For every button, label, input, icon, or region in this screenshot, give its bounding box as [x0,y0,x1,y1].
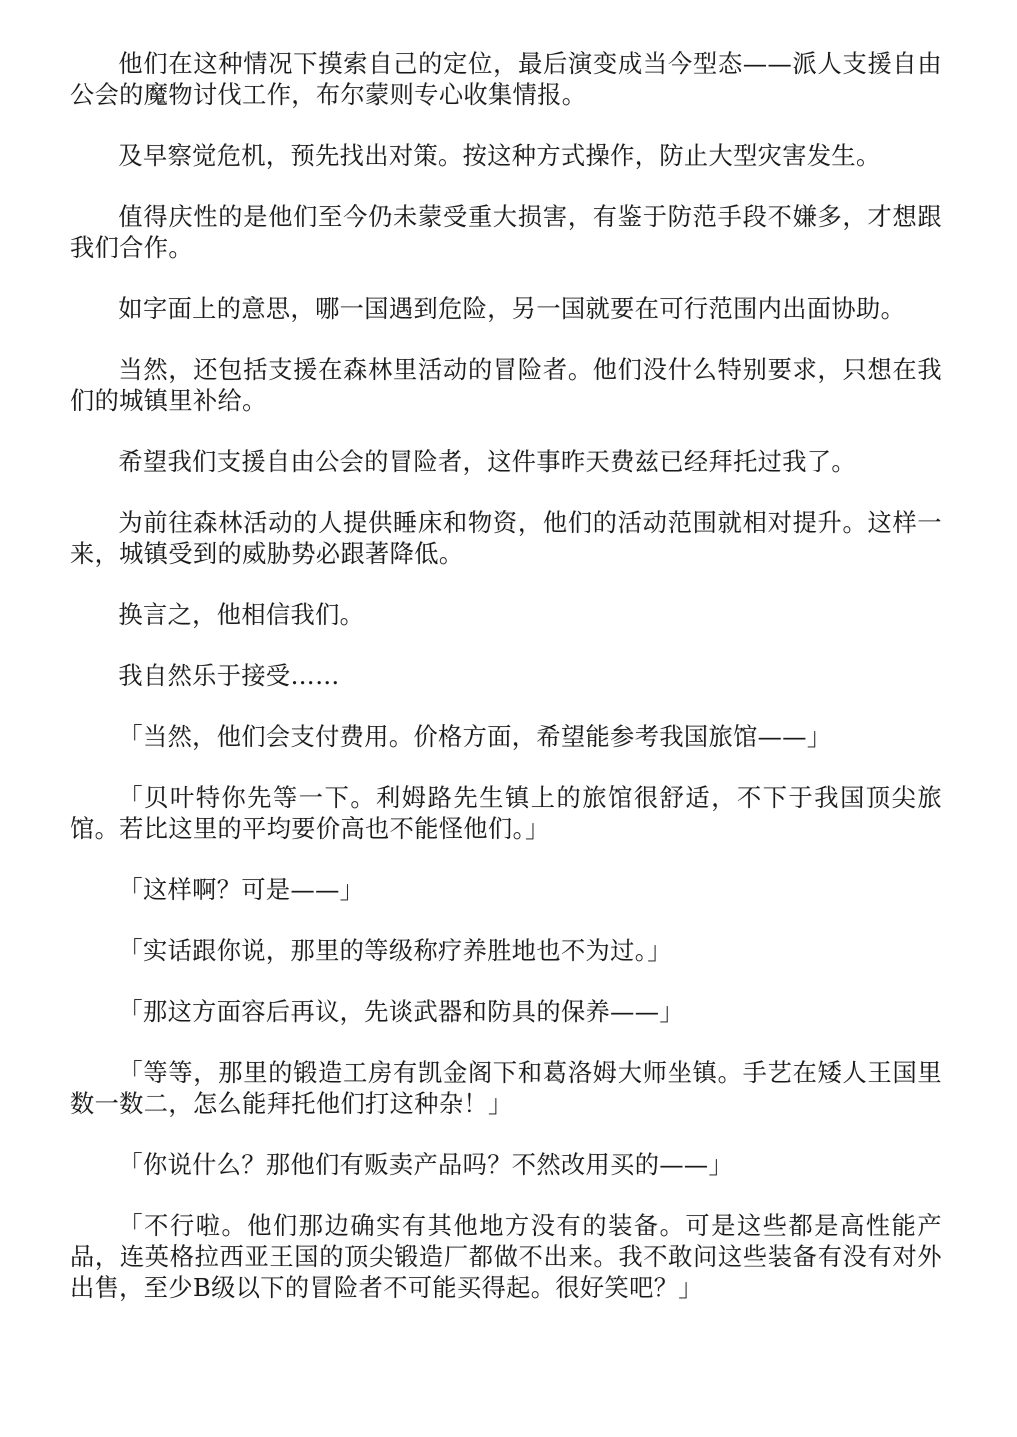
dialogue-paragraph: 「等等，那里的锻造工房有凯金阁下和葛洛姆大师坐镇。手艺在矮人王国里数一数二，怎么… [70,1058,942,1120]
paragraph: 希望我们支援自由公会的冒险者，这件事昨天费兹已经拜托过我了。 [70,447,942,478]
paragraph: 换言之，他相信我们。 [70,600,942,631]
dialogue-paragraph: 「贝叶特你先等一下。利姆路先生镇上的旅馆很舒适，不下于我国顶尖旅馆。若比这里的平… [70,783,942,845]
dialogue-paragraph: 「不行啦。他们那边确实有其他地方没有的装备。可是这些都是高性能产品，连英格拉西亚… [70,1211,942,1304]
paragraph: 如字面上的意思，哪一国遇到危险，另一国就要在可行范围内出面协助。 [70,294,942,325]
paragraph: 当然，还包括支援在森林里活动的冒险者。他们没什么特别要求，只想在我们的城镇里补给… [70,355,942,417]
dialogue-paragraph: 「当然，他们会支付费用。价格方面，希望能参考我国旅馆——」 [70,722,942,753]
paragraph: 值得庆性的是他们至今仍未蒙受重大损害，有鉴于防范手段不嫌多，才想跟我们合作。 [70,202,942,264]
paragraph: 为前往森林活动的人提供睡床和物资，他们的活动范围就相对提升。这样一来，城镇受到的… [70,508,942,570]
paragraph: 他们在这种情况下摸索自己的定位，最后演变成当今型态——派人支援自由公会的魔物讨伐… [70,49,942,111]
dialogue-paragraph: 「这样啊？可是——」 [70,875,942,906]
dialogue-paragraph: 「那这方面容后再议，先谈武器和防具的保养——」 [70,997,942,1028]
dialogue-paragraph: 「你说什么？那他们有贩卖产品吗？不然改用买的——」 [70,1150,942,1181]
dialogue-paragraph: 「实话跟你说，那里的等级称疗养胜地也不为过。」 [70,936,942,967]
paragraph: 我自然乐于接受…… [70,661,942,692]
document-page: 他们在这种情况下摸索自己的定位，最后演变成当今型态——派人支援自由公会的魔物讨伐… [70,49,942,1334]
paragraph: 及早察觉危机，预先找出对策。按这种方式操作，防止大型灾害发生。 [70,141,942,172]
